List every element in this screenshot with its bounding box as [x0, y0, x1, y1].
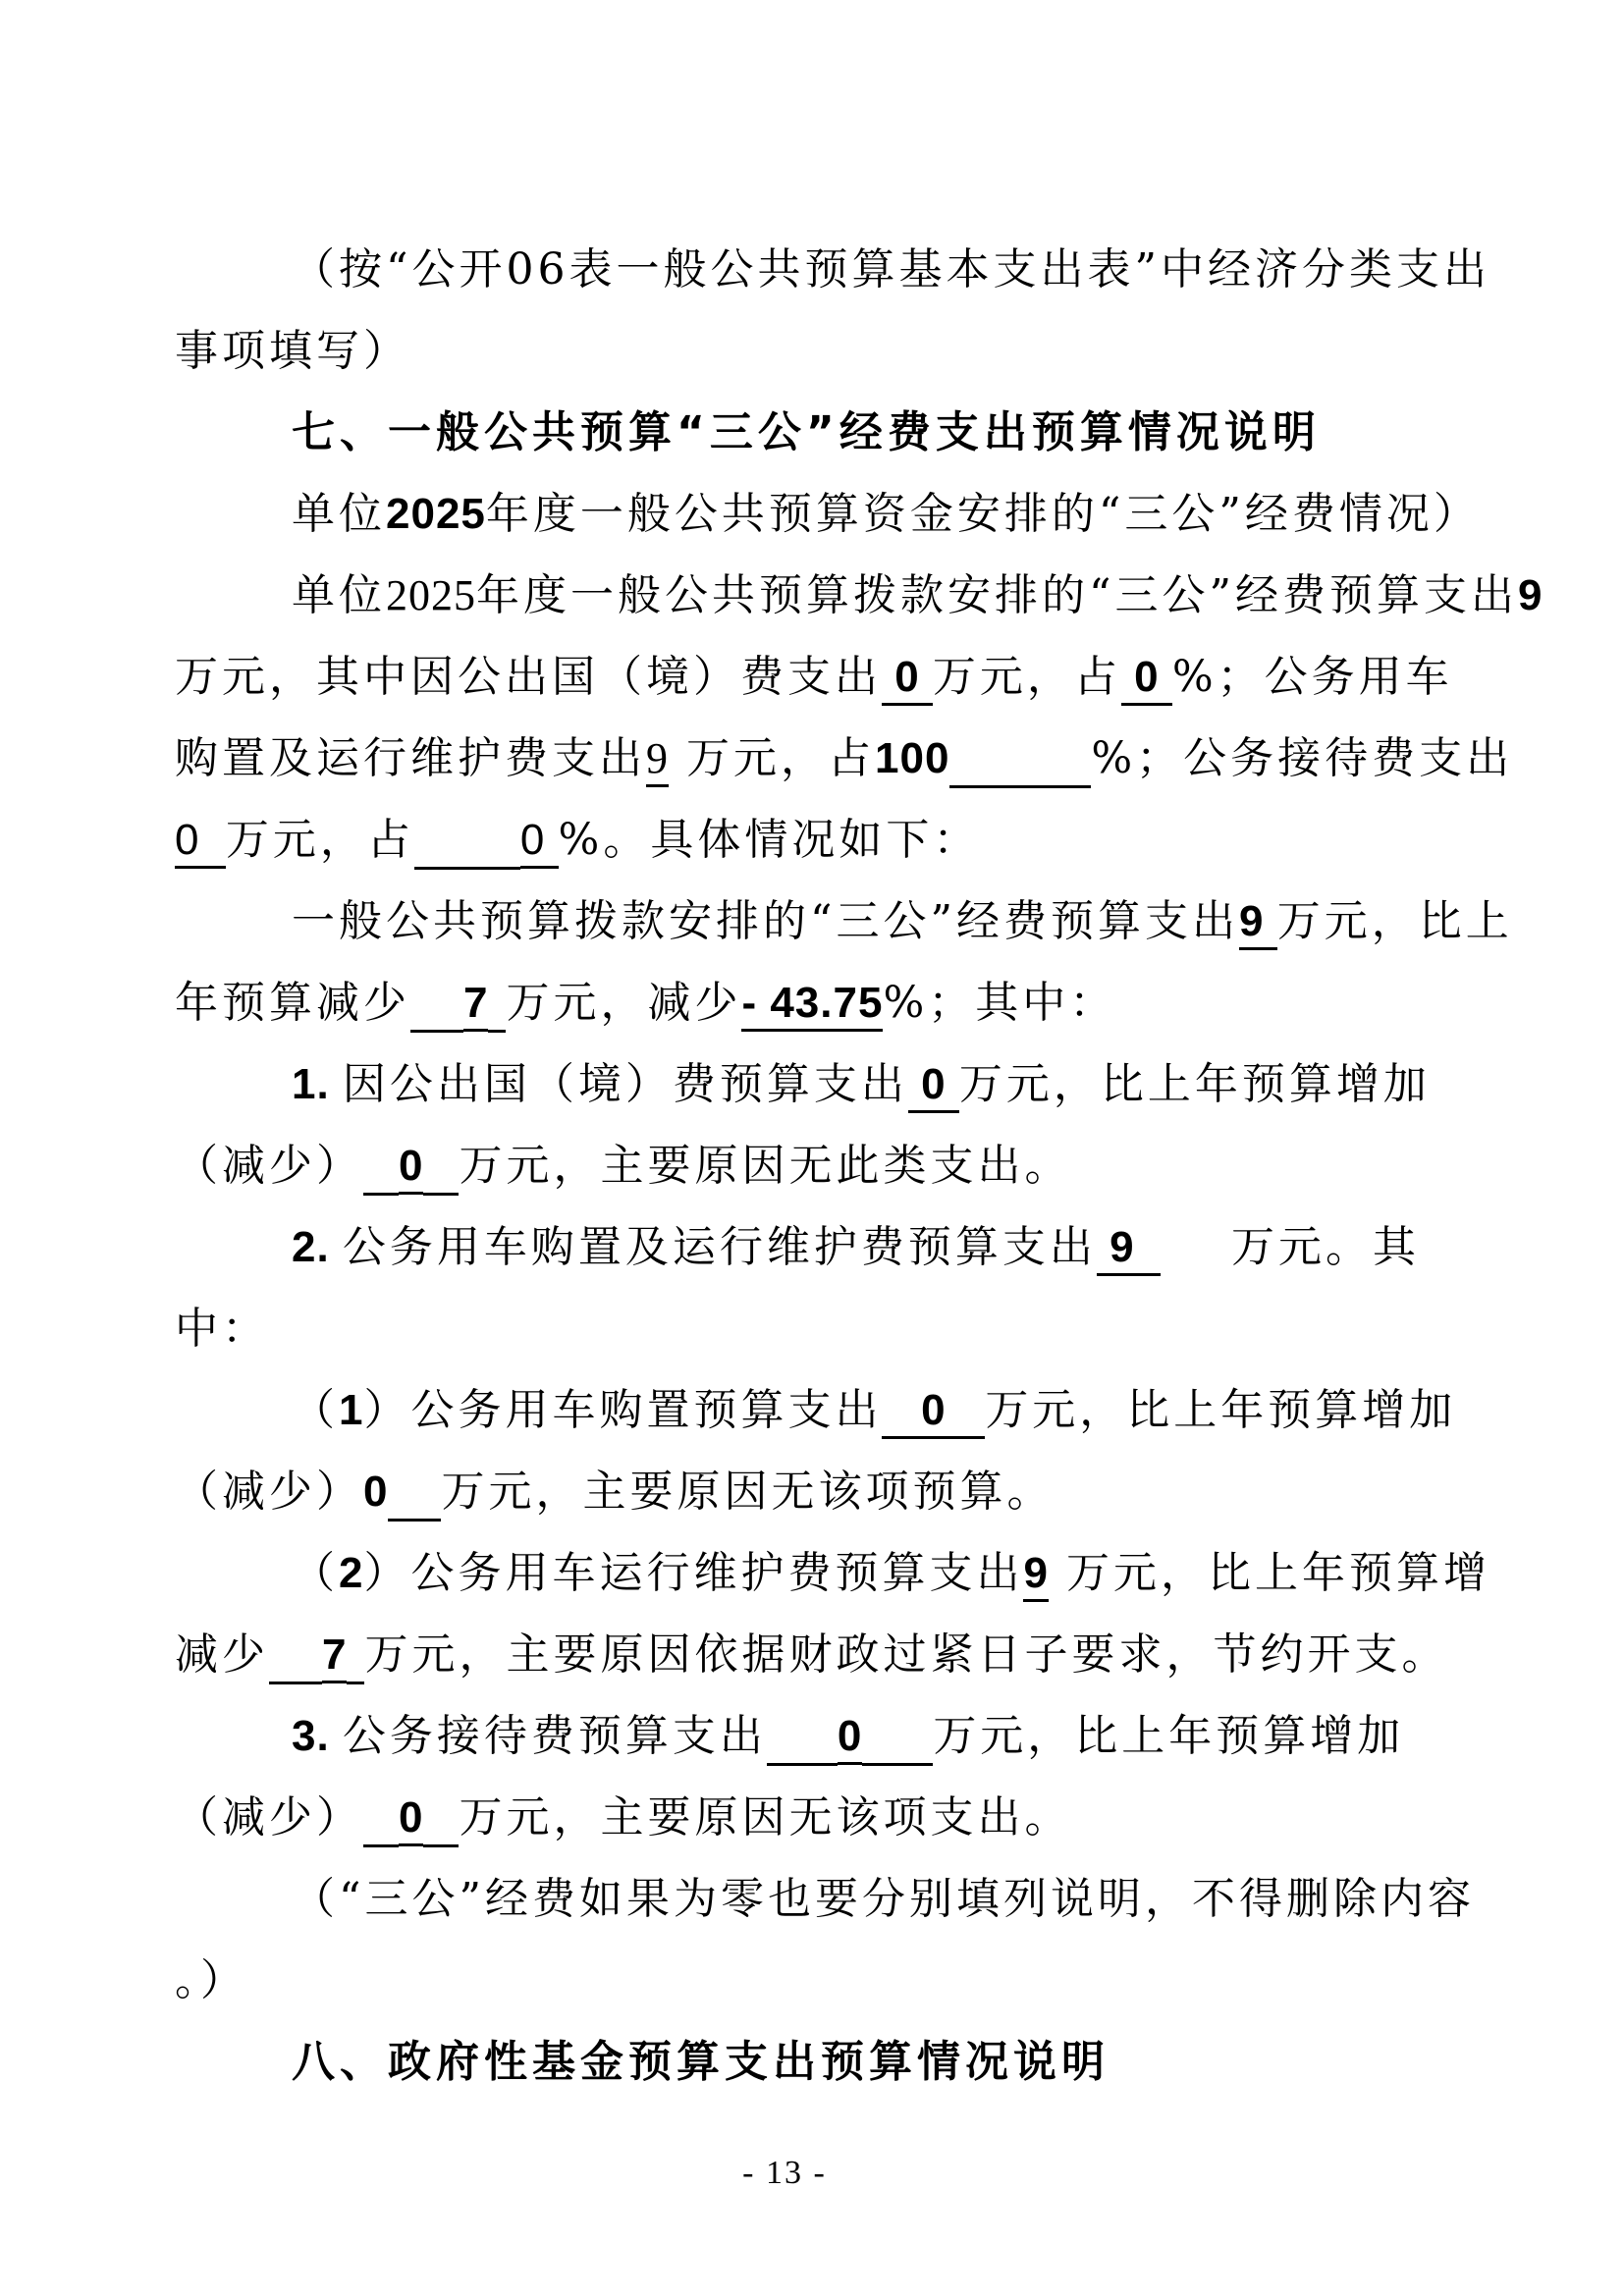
section-heading: 八、政府性基金预算支出预算情况说明	[175, 2021, 1461, 2103]
filled-blank-value	[363, 1141, 399, 1196]
text-segment: 2	[339, 1549, 363, 1597]
text-segment: 公务用车购置及运行维护费预算支出	[343, 1222, 1097, 1272]
text-segment: 万元，比上年预算增加	[933, 1711, 1404, 1761]
filled-blank-value: 0	[399, 1142, 423, 1195]
text-segment: 1	[339, 1386, 363, 1434]
text-line: 单位2025年度一般公共预算拨款安排的“三公”经费预算支出9	[175, 555, 1461, 636]
text-segment: 年度一般公共预算拨款安排的“三公”经费预算支出	[476, 570, 1518, 620]
text-segment: 。）	[175, 1955, 247, 2005]
text-segment: 万元，主要原因无该项支出。	[459, 1792, 1071, 1842]
text-line: 2. 公务用车购置及运行维护费预算支出 9 万元。其	[175, 1206, 1461, 1288]
text-line: 购置及运行维护费支出9 万元，占100 %；公务接待费支出	[175, 718, 1461, 799]
text-line: 。）	[175, 1940, 1461, 2021]
text-segment: 万元，比上年预算增加	[985, 1385, 1456, 1435]
text-line: 年预算减少 7 万元，减少- 43.75%；其中：	[175, 962, 1461, 1043]
text-segment: 3.	[292, 1712, 343, 1760]
filled-blank-value: 0	[175, 816, 226, 869]
text-line: 万元，其中因公出国（境）费支出 0 万元，占 0 %；公务用车	[175, 636, 1461, 718]
text-line: （按“公开06表一般公共预算基本支出表”中经济分类支出	[175, 229, 1461, 310]
document-body: （按“公开06表一般公共预算基本支出表”中经济分类支出事项填写）七、一般公共预算…	[175, 229, 1461, 2103]
text-segment: （“三公”经费如果为零也要分别填列说明，不得删除内容	[292, 1874, 1475, 1924]
text-segment: （减少）	[175, 1467, 363, 1517]
text-segment: 万元，主要原因依据财政过紧日子要求，节约开支。	[364, 1629, 1448, 1680]
text-segment: 2025	[386, 490, 486, 538]
filled-blank-value	[862, 1711, 933, 1766]
text-line: （减少） 0 万元，主要原因无此类支出。	[175, 1125, 1461, 1206]
text-segment: 单位	[292, 570, 386, 620]
filled-blank-value	[423, 1792, 459, 1847]
filled-blank-value: 9	[1239, 897, 1277, 950]
text-line: 3. 公务接待费预算支出 0 万元，比上年预算增加	[175, 1695, 1461, 1777]
text-line: 一般公共预算拨款安排的“三公”经费预算支出9 万元，比上	[175, 881, 1461, 962]
text-segment: %；公务接待费支出	[1091, 733, 1513, 783]
filled-blank-value	[410, 978, 463, 1033]
text-segment: 年预算减少	[175, 978, 410, 1028]
text-segment: （减少）	[175, 1141, 363, 1191]
filled-blank-value	[388, 1467, 441, 1522]
text-segment: 年度一般公共预算资金安排的“三公”经费情况）	[486, 489, 1481, 539]
text-line: （减少） 0 万元，主要原因无该项支出。	[175, 1777, 1461, 1858]
document-page: （按“公开06表一般公共预算基本支出表”中经济分类支出事项填写）七、一般公共预算…	[0, 0, 1624, 2296]
text-line: 事项填写）	[175, 310, 1461, 392]
text-segment: 100	[875, 734, 949, 782]
text-line: （“三公”经费如果为零也要分别填列说明，不得删除内容	[175, 1858, 1461, 1940]
text-segment: 减少	[175, 1629, 269, 1680]
text-segment: 中：	[175, 1304, 269, 1354]
filled-blank-value: 9	[1097, 1223, 1161, 1276]
section-heading: 七、一般公共预算“三公”经费支出预算情况说明	[175, 392, 1461, 473]
text-line: 单位2025年度一般公共预算资金安排的“三公”经费情况）	[175, 473, 1461, 555]
text-segment: ）公务用车运行维护费预算支出	[363, 1548, 1023, 1598]
text-segment: 万元，比上年预算增	[1049, 1548, 1490, 1598]
filled-blank-value	[269, 1629, 322, 1684]
text-segment: 2025	[386, 571, 476, 619]
filled-blank-value: 0	[399, 1793, 423, 1846]
text-segment: 七、一般公共预算“三公”经费支出预算情况说明	[292, 407, 1321, 457]
filled-blank-value	[949, 733, 1091, 788]
filled-blank-value	[414, 815, 520, 870]
text-segment: 万元，占	[226, 815, 414, 865]
text-segment: 万元，其中因公出国（境）费支出	[175, 652, 882, 702]
text-segment: 一般公共预算拨款安排的“三公”经费预算支出	[292, 896, 1239, 946]
filled-blank-value	[767, 1711, 838, 1766]
filled-blank-value: 0	[838, 1712, 862, 1765]
text-segment: 事项填写）	[175, 326, 410, 376]
filled-blank-value	[347, 1629, 364, 1684]
filled-blank-value: 9	[646, 734, 669, 787]
text-segment: 万元，占	[669, 733, 875, 783]
text-line: 减少 7 万元，主要原因依据财政过紧日子要求，节约开支。	[175, 1614, 1461, 1695]
filled-blank-value: 0	[520, 816, 559, 869]
text-segment: 万元，减少	[506, 978, 741, 1028]
text-segment: 八、政府性基金预算支出预算情况说明	[292, 2037, 1110, 2087]
text-line: 中：	[175, 1288, 1461, 1369]
text-segment: %；其中：	[883, 978, 1116, 1028]
filled-blank-value	[363, 1792, 399, 1847]
filled-blank-value: 0	[1121, 653, 1172, 706]
text-segment: 单位	[292, 489, 386, 539]
filled-blank-value: 0	[882, 653, 933, 706]
text-segment: （	[292, 1385, 339, 1435]
filled-blank-value: - 43.75	[741, 979, 883, 1032]
text-segment: 2.	[292, 1223, 343, 1271]
text-segment: （按“公开06表一般公共预算基本支出表”中经济分类支出	[292, 244, 1490, 294]
text-segment: 万元，比上	[1277, 896, 1513, 946]
text-line: 0 万元，占 0 %。具体情况如下：	[175, 799, 1461, 881]
text-segment: （	[292, 1548, 339, 1598]
filled-blank-value	[488, 978, 506, 1033]
text-segment: 公务接待费预算支出	[343, 1711, 767, 1761]
text-segment: 因公出国（境）费预算支出	[343, 1059, 908, 1109]
text-segment: %；公务用车	[1172, 652, 1453, 702]
text-line: （减少）0 万元，主要原因无该项预算。	[175, 1451, 1461, 1532]
text-segment: 万元，比上年预算增加	[959, 1059, 1431, 1109]
text-segment: 万元。其	[1161, 1222, 1420, 1272]
text-line: 1. 因公出国（境）费预算支出 0 万元，比上年预算增加	[175, 1043, 1461, 1125]
filled-blank-value: 0	[882, 1386, 985, 1439]
filled-blank-value: 0	[908, 1060, 959, 1113]
text-line: （2）公务用车运行维护费预算支出9 万元，比上年预算增	[175, 1532, 1461, 1614]
text-segment: 0	[363, 1468, 388, 1516]
text-segment: 1.	[292, 1060, 343, 1108]
text-segment: 9	[1518, 571, 1543, 619]
text-segment: 万元，主要原因无该项预算。	[441, 1467, 1054, 1517]
text-segment: （减少）	[175, 1792, 363, 1842]
text-line: （1）公务用车购置预算支出 0 万元，比上年预算增加	[175, 1369, 1461, 1451]
filled-blank-value: 7	[463, 979, 488, 1032]
filled-blank-value: 7	[322, 1630, 347, 1683]
text-segment: 购置及运行维护费支出	[175, 733, 646, 783]
page-number: - 13 -	[0, 2155, 1624, 2192]
filled-blank-value	[423, 1141, 459, 1196]
text-segment: %。具体情况如下：	[559, 815, 981, 865]
text-segment: 万元，主要原因无此类支出。	[459, 1141, 1071, 1191]
text-segment: ）公务用车购置预算支出	[363, 1385, 882, 1435]
filled-blank-value: 9	[1023, 1549, 1048, 1602]
text-segment: 万元，占	[933, 652, 1121, 702]
